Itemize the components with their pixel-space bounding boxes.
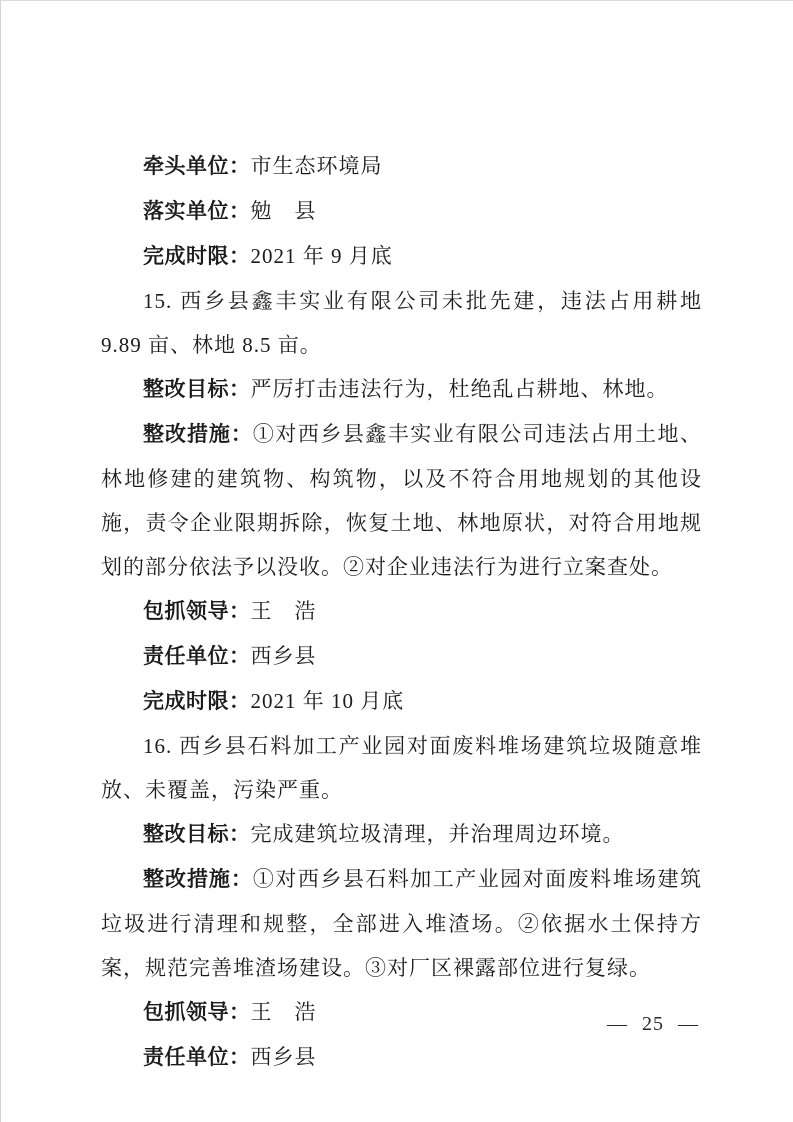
field-label: 包抓领导： [143,1001,251,1024]
document-content: 牵头单位：市生态环境局落实单位：勉 县完成时限：2021 年 9 月底15. 西… [101,144,702,1080]
field-value: 2021 年 9 月底 [251,244,393,268]
field-value: 王 浩 [251,599,317,623]
document-paragraph: 16. 西乡县石料加工产业园对面废料堆场建筑垃圾随意堆放、未覆盖，污染严重。 [101,724,702,812]
document-page: 牵头单位：市生态环境局落实单位：勉 县完成时限：2021 年 9 月底15. 西… [0,0,793,1122]
field-label: 整改措施： [143,423,253,446]
document-field: 责任单位：西乡县 [101,1035,702,1080]
field-value: 市生态环境局 [251,154,383,178]
field-label: 责任单位： [143,645,251,668]
field-value: 2021 年 10 月底 [251,689,405,713]
field-label: 责任单位： [143,1046,251,1069]
field-value: 完成建筑垃圾清理，并治理周边环境。 [251,822,625,846]
field-label: 完成时限： [143,245,251,268]
document-field: 整改目标：严厉打击违法行为，杜绝乱占耕地、林地。 [101,367,702,412]
document-field: 责任单位：西乡县 [101,634,702,679]
paragraph-text: 16. 西乡县石料加工产业园对面废料堆场建筑垃圾随意堆放、未覆盖，污染严重。 [101,734,702,802]
field-value: 西乡县 [251,1045,317,1069]
field-label: 整改措施： [143,868,253,891]
field-label: 包抓领导： [143,600,251,623]
document-paragraph: 15. 西乡县鑫丰实业有限公司未批先建，违法占用耕地 9.89 亩、林地 8.5… [101,279,702,367]
document-field: 完成时限：2021 年 10 月底 [101,679,702,724]
document-field: 牵头单位：市生态环境局 [101,144,702,189]
field-label: 完成时限： [143,690,251,713]
field-value: 勉 县 [251,199,317,223]
document-field: 整改措施：①对西乡县石料加工产业园对面废料堆场建筑垃圾进行清理和规整，全部进入堆… [101,857,702,990]
paragraph-text: 15. 西乡县鑫丰实业有限公司未批先建，违法占用耕地 9.89 亩、林地 8.5… [101,289,702,357]
document-field: 整改措施：①对西乡县鑫丰实业有限公司违法占用土地、林地修建的建筑物、构筑物，以及… [101,412,702,589]
document-field: 完成时限：2021 年 9 月底 [101,234,702,279]
field-value: 严厉打击违法行为，杜绝乱占耕地、林地。 [251,377,669,401]
field-label: 落实单位： [143,200,251,223]
page-number-text: — 25 — [607,1013,699,1035]
document-field: 落实单位：勉 县 [101,189,702,234]
field-label: 整改目标： [143,378,251,401]
document-field: 整改目标：完成建筑垃圾清理，并治理周边环境。 [101,812,702,857]
page-number: — 25 — [607,1010,699,1038]
document-field: 包抓领导：王 浩 [101,589,702,634]
field-value: 王 浩 [251,1000,317,1024]
field-label: 牵头单位： [143,155,251,178]
field-label: 整改目标： [143,823,251,846]
field-value: 西乡县 [251,644,317,668]
